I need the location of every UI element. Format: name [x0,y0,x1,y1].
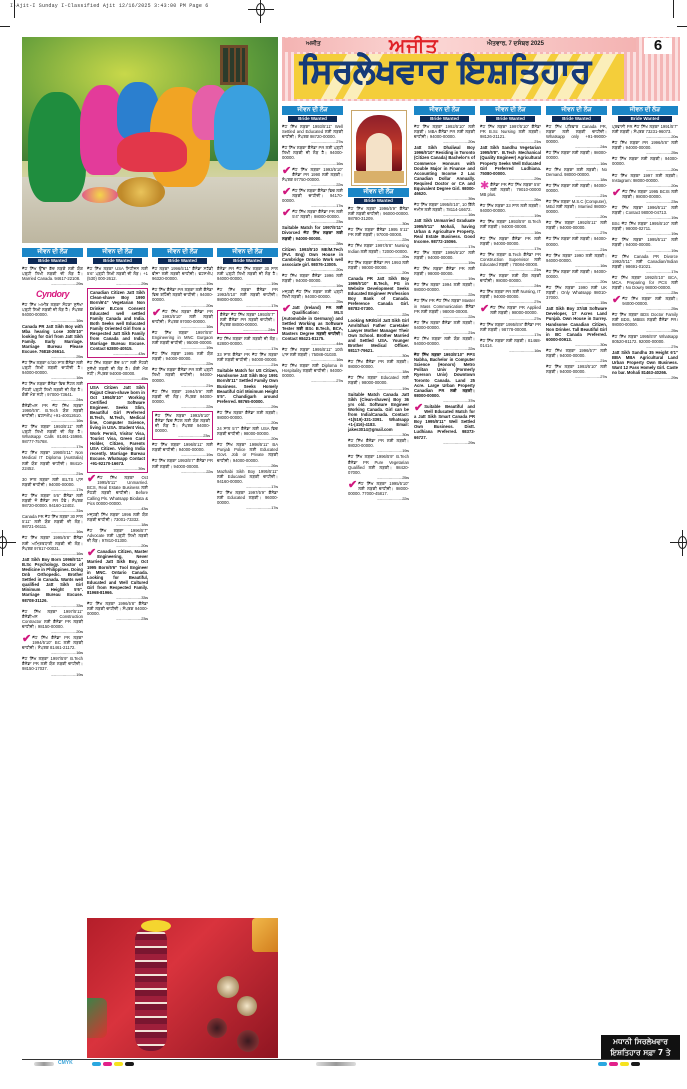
classified-ad: ਜੱਟ ਸਿੱਖ ਲੜਕਾ 1997/5'11" ਕੈਨੇਡੀਅਨ Constr… [22,609,83,634]
classified-ad: ਜੱਟ ਸਿੱਖ ਲੜਕਾ ਲਈ ਲੜਕੀ। No Demand. 98000-… [546,167,607,182]
bottom-rule [22,1059,680,1060]
classified-ad: ਜੱਟ ਸਿੱਖ ਕੈਨੇਡਾ PR ਲਈ ਲੜਕੀ। 98020-00000.… [348,438,409,453]
classified-ad: ਪ੍ਰਵਾਸੀ PR ਜੱਟ ਸਿੱਖ ਲੜਕਾ 1991/5'7" ਲਈ ਲੜ… [612,124,678,139]
classified-ad: ਜੱਟ ਸਿੱਖ ਲੜਕਾ 1997/5'10" ਕੈਨੇਡਾ PR B.Sc … [480,124,541,144]
cmyk-color-bar [598,1062,640,1066]
classified-ad: ਜੱਟ ਸਿੱਖ ਲੜਕਾ ਲਈ ਲੜਕੀ। 94000-00000......… [546,236,607,251]
classified-ad: Jatt Sikh Unmarried Graduate 1995/5'11" … [414,218,475,248]
classified-ad: Citizen 1993/5'10 ME/M.Tech (Pvt. Eng) O… [282,247,343,272]
classified-ad: ਜੱਟ ਸਿੱਖ ਲੜਕਾ 1997/5'8" Engineering in M… [152,330,213,350]
registration-mark-icon [248,0,274,23]
classified-ad: ਜੱਟ ਸਿੱਖ ਲੜਕਾ 1996/5'9" B.Tech ਕੈਨੇਡਾ PR… [348,454,409,479]
page-title: ਸਿਰਲੇਖਵਾਰ ਇਸ਼ਤਿਹਾਰ [300,51,591,91]
classified-ad: ਜੱਟ ਸਿੱਖ ਲੜਕਾ 1990/5'11" Non Medical IT … [22,450,83,475]
classified-ad: ਜੱਟ ਸਿੱਖ ਲੜਕਾ 1994/5'9" ਲਈ ਲੜਕੀ ਦੀ ਲੋੜ। … [152,389,213,409]
cyndory-logo: Cyndory [22,289,83,299]
classified-ad: Jatt Sikh Sandhu 35 Height 6'1" BBA MBA … [612,350,678,380]
classified-ad: ✔ਜੱਟ ਸਿੱਖ ਲੜਕਾ ਕੈਨੇਡਾ ਵਿਚ ਲਈ ਲੜਕੀ ਚਾਹੀਦੀ… [282,188,343,208]
classified-ad: ਜੱਟ ਸਿੱਖ ਲੜਕਾ 1992/5'11" ਲਈ ਲੜਕੀ। 94000-… [546,220,607,235]
classified-ad: ਜੱਟ ਸਿੱਖ ਲੜਕਾ 1995/5'10", 10 ਕਿੱਲੇ ਜ਼ਮੀਨ… [414,202,475,217]
classified-ad: Looking NRI/Girl Jatt Sikh Girl Amritdha… [348,318,409,359]
boxed-classified-ad: ਕੈਨੇਡਾ ਜੱਟ ਸਿੱਖ ਲੜਕਾ 1993/5'7" ਲਈ ਕੈਨੇਡਾ… [217,310,278,334]
classified-ad: ਜੱਟ ਸਿੱਖ ਲੜਕਾ 1996/5'11" ਲਈ ਲੜਕੀ। Contac… [612,205,678,220]
left-column-4: ਜੀਵਨ ਦੀ ਲੋੜ Bride Wanted ਕੈਨੇਡਾ PR ਜੱਟ ਸ… [217,248,278,511]
classified-ad: ਜੱਟ ਸਿੱਖ ਲੜਕਾ 1997/5'8" Nursing Indian ਲ… [348,243,409,258]
magenta-swatch [609,1062,618,1066]
small-brand: ਅਜੀਤ [306,41,321,48]
classified-ad: ਮਜ਼੍ਹਬੀ ਸਿੱਖ ਲੜਕਾ 1996 ਲਈ ਯੋਗ ਲੜਕੀ ਚਾਹੀਦ… [87,512,148,527]
classified-ad: ਜੱਟ ਸਿੱਖ ਲੜਕਾ 1995/5'11" 10th ਪਾਸ ਲਈ ਲੜਕ… [282,347,343,362]
checkmark-icon: ✔ [87,475,96,484]
section-heading: ਜੀਵਨ ਦੀ ਲੋੜ [87,248,148,257]
classified-ad: ਜੱਟ ਸਿੱਖ ਲੜਕਾ 1993/5'10" PPS Nabha, Bach… [414,352,475,403]
classified-ad: ✔ਜੱਟ ਸਿੱਖ ਲੜਕਾ 1993/5'10" ਕੈਨੇਡਾ PR 1990… [282,167,343,187]
doli-palanquin-illustration [351,110,407,186]
classified-ad: ਜੱਟ ਸਿੱਖ ਲੜਕਾ 1992/5'10" BCA, MCA. Prepa… [612,275,678,295]
classified-ad: ਜੱਟ ਸਿੱਖ ਲੜਕਾ 1995/5'9" Whatsapp 80520-8… [612,334,678,349]
classified-ad: Suitable Match for 1997/5'11" Divorced ਜ… [282,225,343,245]
registration-mark-icon [0,530,16,556]
classified-ad: ਜੱਟ ਸਿੱਖ ਲੜਕਾ 1995/5'8" ਕੈਨੇਡਾ ਲਈ ਅਮ੍ਰਿਤ… [22,535,83,555]
classified-ad: ਜੱਟ ਸਿੱਖ ਲੜਕਾ ਲਈ ਲੜਕੀ ਦੀ ਲੋੜ। 62800-0000… [217,336,278,351]
checkmark-icon: ✔ [282,167,291,176]
section-heading: ਜੀਵਨ ਦੀ ਲੋੜ [348,188,409,197]
section-heading: ਜੀਵਨ ਦੀ ਲੋੜ [282,106,343,115]
classified-ad: ਜੱਟ ਸਿੱਖ ਲੜਕਾ 1993/5'11" Well Settled an… [282,124,343,144]
classified-ad: ਜੱਟ ਸਿੱਖ ਲੜਕਾ 5'6" ਕੈਨੇਡਾ ਲਈ ਲੜਕੀ ਜੋ ਕੈਨ… [22,493,83,513]
classified-ad: ✔ਜੱਟ ਸਿੱਖ ਲੜਕਾ ਕੈਨੇਡਾ PR 1993/5'10" ਲਈ ਲ… [152,309,213,329]
classified-ad: ਜੱਟ ਸਿੱਖ ਲੜਕਾ 1990 ਲਈ UK ਲੜਕੀ। Only What… [546,285,607,305]
classified-ad: Canada PR Jatt Sikh Boy with Mba hearing… [22,324,83,360]
checkmark-icon: ✔ [612,296,621,305]
right-column-2: ਜੀਵਨ ਦੀ ਲੋੜ Bride Wanted ਜੱਟ ਸਿੱਖ ਲੜਕਾ 1… [348,106,409,502]
classified-ad: ਜੱਟ ਸਿੱਖ ਲੜਕਾ 1997/5'9" ਕੈਨੇਡਾ ਲਈ Educat… [217,490,278,510]
classified-ad: Jatt Sikh Sandhu Vegetarian 1995/5'8". B… [480,145,541,181]
classified-ad: ਜੱਟ ਸਿੱਖ ਲੜਕਾ 1996/5'9" ਕੈਨੇਡਾ ਲਈ ਲੜਕੀ ਚ… [348,206,409,226]
right-column-1: ਜੀਵਨ ਦੀ ਲੋੜ Bride Wanted ਜੱਟ ਸਿੱਖ ਲੜਕਾ 1… [282,106,343,384]
checkmark-icon: ✔ [480,305,489,314]
classified-ad: ਕੈਨੇਡਾ PR ਜੱਟ ਸਿੱਖ ਲੜਕਾ 30 ਸਾਲ ਲਈ ਪੜ੍ਹੀ … [217,266,278,286]
classified-ad: 30 ਸਾਲ ਲੜਕਾ ਲਈ IELTS ਪਾਸ ਲੜਕੀ ਚਾਹੀਦੀ। 94… [22,477,83,492]
classified-ad: ✔ਜੱਟ ਸਿੱਖ ਲੜਕਾ 1995/5'10" ਲਈ ਲੜਕੀ ਚਾਹੀਦੀ… [348,481,409,501]
classified-ad: ਜੱਟ ਸਿੱਖ Canada PR Divorce 1992/5'11" ਲਈ… [612,254,678,274]
grey-registration-bar [34,1062,54,1066]
classified-ad: ਜੱਟ ਸਿੱਖ ਲੜਕਾ 1995 ਲਈ ਯੋਗ ਲੜਕੀ। 94000-00… [152,351,213,366]
boxed-classified-ad: Canadian Citizen Jatt Sikh Clean-shave B… [87,288,148,358]
checkmark-icon: ✔ [282,305,291,314]
classified-ad: ਜੱਟ ਸਿੱਖ ਲੜਕਾ 1993/5'9" B.Tech ਲਈ ਲੜਕੀ। … [480,219,541,234]
section-heading: ਜੀਵਨ ਦੀ ਲੋੜ [22,248,83,257]
classified-ad: ਜੱਟ ਸਿੱਖ ਲੜਕਾ ਕੈਨੇਡਾ PR ਲਈ ਪੜ੍ਹੀ ਲਿਖੀ ਲੜ… [282,145,343,165]
classified-ad: ਜੱਟ ਸਿੱਖ ਲੜਕਾ ਲਈ ਲੜਕੀ। 98000-00000......… [546,150,607,165]
crop-mark [0,26,10,27]
classified-ad: Jatt Sikh Boy 37/48 Software Developer, … [546,306,607,347]
classified-ad: ਜੱਟ ਸਿੱਖ ਲੜਕਾ Educated ਲਈ ਲੜਕੀ। 98000-00… [348,375,409,390]
classified-ad: ਜੱਟ ਸਿੱਖ ਲੜਕਾ ਲਈ ਲੜਕੀ। 94000-00000......… [612,156,678,171]
classified-ad: ਜੱਟ ਸਿੱਖ ਲੜਕਾ ਕੈਨੇਡਾ PR 1993 ਲਈ ਲੜਕੀ। 98… [348,260,409,275]
classified-ad: ਜੱਟ ਸਿੱਖ ਲੜਕਾ 1997/5'9" B.Tech ਕੈਨੇਡਾ PR… [22,656,83,676]
classified-ad: ਜੱਟ ਸਿੱਖ ਲੜਕਾ 1992/5'10" ਲਈ ਲੜਕੀ। MBA ਕੈ… [414,124,475,144]
section-heading: ਜੀਵਨ ਦੀ ਲੋੜ [546,106,607,115]
classified-ad: ਜੱਟ ਸਿੱਖ ਕੈਨੇਡਾ PR ਲਈ ਲੜਕੀ। 98000-00000.… [348,359,409,374]
classified-ad: ਜੱਟ ਸਿੱਖ ਲੜਕਾ ਕੱਦ 5'7" ਲਈ ਸੋਹਣੀ ਸੁਨੱਖੀ ਲ… [87,360,148,380]
classified-ad: ✔ਜੱਟ ਸਿੱਖ ਕੈਨੇਡਾ PR ਲੜਕਾ 1994/5'10" BC ਲ… [22,635,83,655]
classified-ad: ਜੱਟ ਸਿੱਖ ਲੜਕਾ ਕੈਨੇਡਾ ਲਈ ਲੜਕੀ। 94000-0000… [414,320,475,335]
classified-ad: ਜੱਟ ਸਿੱਖ ਲੜਕਾ 1990 ਲਈ ਲੜਕੀ। 94000-00000.… [546,253,607,268]
cmyk-label: CMYK [58,1060,73,1066]
classified-ad: Canada PR ਜੱਟ ਸਿੱਖ ਲੜਕਾ 30 ਸਾਲ 5'11" ਲਈ … [22,514,83,534]
section-heading: ਜੀਵਨ ਦੀ ਲੋੜ [612,106,678,115]
section-subheading: Bride Wanted [420,116,469,122]
section-subheading: Bride Wanted [158,258,207,264]
classified-ad: ਜੱਟ ਸਿੱਖ ਲੜਕਾ ਕੈਨੇਡਾ PR 1993/5'10" ਲਈ ਲੜ… [217,287,278,307]
classified-ad: ਜੱਟ ਸਿੱਖ ਲੜਕਾ 1997 ਲਈ ਲੜਕੀ। Instagram: 9… [612,173,678,188]
classified-ad: ✔Suitable Beautiful and Well Educated Ma… [414,404,475,445]
classified-ad: ਜੱਟ ਸਿੱਖ ਲੜਕਾ 6'/30 ਸਾਲ ਕੈਨੇਡਾ ਲਈ ਪੜ੍ਹੀ … [22,360,83,380]
classified-ad: 33 ਸਾਲ ਕੈਨੇਡਾ PR ਜੱਟ ਸਿੱਖ ਲੜਕਾ ਲਈ ਲੜਕੀ ਚ… [217,352,278,367]
section-heading: ਜੀਵਨ ਦੀ ਲੋੜ [217,248,278,257]
masthead: ਅਜੀਤ ਅਜੀਤ ਐਤਵਾਰ, 7 ਦਸੰਬਰ 2025 6 ਸਿਰਲੇਖਵਾ… [282,37,680,101]
classified-ad: ਜੱਟ ਸਿੱਖ ਪਰਿਵਾਰ Canada PR, ਲੜਕਾ ਲਈ ਲੜਕੀ … [546,124,607,149]
classified-ad: ਕੈਨੇਡੀਅਨ PR ਜੱਟ ਸਿੱਖ ਲੜਕਾ 1990/5'8". B.T… [22,403,83,423]
right-column-6: ਜੀਵਨ ਦੀ ਲੋੜ Bride Wanted ਪ੍ਰਵਾਸੀ PR ਜੱਟ … [612,106,678,381]
classified-ad: ਜੱਟ ਸਿੱਖ ਲੜਕਾ 1996/5'10" ਲਈ ਲੜਕੀ। 94000-… [414,250,475,265]
section-subheading: Bride Wanted [618,116,672,122]
bridal-bangles-photo [87,918,278,1058]
classified-ad: ਮਜ਼੍ਹਬੀ ਜੱਟ ਸਿੱਖ ਲੜਕਾ ਲਈ ਪੜ੍ਹੀ ਲਿਖੀ ਲੜਕੀ… [282,289,343,304]
section-subheading: Bride Wanted [552,116,601,122]
more-classifieds-notice: ਮਧਾਨੀ ਸਿਰਲੇਖਵਾਰ ਇਸ਼ਤਿਹਾਰ ਸਫ਼ਾ 7 ਤੇ [601,1035,680,1059]
section-heading: ਜੀਵਨ ਦੀ ਲੋੜ [152,248,213,257]
checkmark-icon: ✔ [414,404,423,413]
cyan-swatch [598,1062,607,1066]
classified-ad: ਜੱਟ ਸਿੱਖ ਲੜਕਾ ਕੈਨੇਡਾ PR ਲਈ ਲੜਕੀ। 94000-0… [480,236,541,251]
right-column-5: ਜੀਵਨ ਦੀ ਲੋੜ Bride Wanted ਜੱਟ ਸਿੱਖ ਪਰਿਵਾਰ… [546,106,607,380]
classified-ad: Jatt Sikh Dhaliwal Boy 1996/5'10" Residi… [414,145,475,201]
section-heading: ਜੀਵਨ ਦੀ ਲੋੜ [414,106,475,115]
left-column-2: ਜੀਵਨ ਦੀ ਲੋੜ Bride Wanted ਜੱਟ ਸਿੱਖ ਲੜਕਾ U… [87,248,148,622]
classified-ad: ਜੱਟ ਸਿੱਖ ਲੜਕਾ 1998/5'11" BA Punjab Polic… [217,442,278,467]
notice-line-2: ਇਸ਼ਤਿਹਾਰ ਸਫ਼ਾ 7 ਤੇ [602,1047,679,1058]
star-icon: ✱ [480,182,489,191]
boxed-classified-ad: USA Citizen Jatt Sikh Rajput Clean-shave… [87,383,148,474]
checkmark-icon: ✔ [282,209,291,218]
classified-ad: ਜੱਟ ਸਿੱਖ ਉੱਚਾ ਕੱਦ ਲੜਕੇ ਲਈ ਯੋਗ ਪੜ੍ਹੀ ਲਿਖੀ… [22,266,83,286]
classified-ad: ✔Jatt (Ireland) PR ਲਈ Qualification: MLS… [282,305,343,346]
classified-ad: ਜੱਟ ਸਿੱਖ ਲੜਕਾ ਲਈ ਯੋਗ ਲੜਕੀ ਚਾਹੀਦੀ। 98000-… [480,273,541,288]
classified-ad: ਜੱਟ ਸਿੱਖ ਲੜਕਾ 1996/5'7" ਲਈ ਲੜਕੀ। 94000-0… [546,348,607,363]
classified-ad: ਜੱਟ ਸਿੱਖ ਲੜਕਾ 1995/5'11" ਲਈ ਲੜਕੀ। 94000-… [612,237,678,252]
classified-ad: ਜੱਟ ਸਿੱਖ ਲੜਕਾ ਕੈਨੇਡਾ 1996 ਲਈ ਲੜਕੀ। 94000… [282,273,343,288]
classified-ad: ਜੱਟ ਸਿੱਖ ਲੜਕਾ 1994 ਲਈ ਲੜਕੀ। 98000-00000.… [414,282,475,297]
classified-ad: ਜੱਟ ਸਿੱਖ ਲੜਕਾ ਕੈਨੇਡਾ ਲਈ ਲੜਕੀ। 98000-0000… [217,410,278,425]
classified-ad: ✔ਜੱਟ ਸਿੱਖ ਲੜਕਾ ਕੈਨੇਡਾ PR ਲਈ 5'4" ਲੜਕੀ। 9… [282,209,343,224]
registration-mark-icon [670,530,687,556]
yellow-swatch [620,1062,629,1066]
yellow-swatch [114,1062,123,1066]
classified-ad: Suitable Match for US Citizen, Handsome … [217,368,278,409]
section-subheading: Bride Wanted [93,258,142,264]
classified-ad: ਜੱਟ ਸਿੱਖ ਲੜਕਾ PR ਲਈ Nursing, IT ਲੜਕੀ। 94… [480,289,541,304]
classified-ad: ਜੱਟ ਸਿੱਖ ਲੜਕਾ ਲਈ ਯੋਗ ਲੜਕੀ। 94000-00000..… [414,336,475,351]
classified-ad: ਜੱਟ ਸਿੱਖ ਲੜਕਾ 1996/5'7" Advocate ਲਈ ਪੜ੍ਹ… [87,528,148,548]
notice-line-1: ਮਧਾਨੀ ਸਿਰਲੇਖਵਾਰ [602,1036,679,1047]
cmyk-color-bar [92,1062,134,1066]
classified-ad: ਜੱਟ ਸਿੱਖ ਲੜਕਾ ਕੈਨੇਡਾ PR ਲਈ ਪੜ੍ਹੀ ਲਿਖੀ ਲੜ… [152,367,213,387]
crop-mark [14,0,15,18]
black-swatch [125,1062,134,1066]
checkmark-icon: ✔ [348,481,357,490]
crop-mark [677,26,687,27]
crop-mark [673,0,674,18]
print-slug: I-Ajit-I Sunday I-Classified Ajit 12/16/… [10,3,208,9]
magenta-swatch [103,1062,112,1066]
section-subheading: Bride Wanted [223,258,272,264]
classified-ad: ਜੱਟ ਸਿੱਖ ਲੜਕਾ M.S.C (Computer), MEd ਲਈ ਲ… [546,199,607,219]
classified-ad: BSc ਜੱਟ ਸਿੱਖ ਲੜਕਾ 1995/5'10" ਲਈ ਲੜਕੀ। 98… [612,221,678,236]
classified-ad: ਜੱਟ ਸਿੱਖ ਲੜਕਾ ਲਈ Diploma in Hospitality … [282,363,343,383]
classified-ad: Mazhabi Sikh Boy 1995/5'11" ਲਈ Educated … [217,469,278,489]
classified-ad: ਜੱਟ ਸਿੱਖ ਅਮੀਰ ਲੜਕਾ ਸੋਹਣਾ ਸੁਨੱਖਾ ਪੜ੍ਹੀ ਲਿ… [22,302,83,322]
classified-ad: ✱ਕੈਨੇਡਾ PR ਜੱਟ ਸਿੱਖ ਲੜਕਾ 5'8" ਲਈ ਲੜਕੀ। 7… [480,182,541,202]
grey-registration-bar [316,1062,356,1066]
classified-ad: ਜੱਟ ਸਿੱਖ ਲੜਕਾ ਕੈਨੇਡਾ PR ਲਈ ਲੜਕੀ। 98000-0… [414,266,475,281]
page-number: 6 [644,38,672,54]
classified-ad: ਜੱਟ ਸਿੱਖ ਲੜਕਾ ਲਈ ਲੜਕੀ। 81468-01414......… [480,338,541,353]
classified-ad: ਜੱਟ ਸਿੱਖ ਲੜਕਾ ਲਈ ਲੜਕੀ। 94000-00000......… [546,269,607,284]
classified-ad: ਜੱਟ ਸਿੱਖ ਲੜਕਾ 1995/5'8" ਕੈਨੇਡਾ PR ਲਈ ਲੜਕ… [480,322,541,337]
section-subheading: Bride Wanted [288,116,337,122]
right-column-4: ਜੀਵਨ ਦੀ ਲੋੜ Bride Wanted ਜੱਟ ਸਿੱਖ ਲੜਕਾ 1… [480,106,541,354]
classified-ad: ਜੱਟ ਸਿੱਖ ਲੜਕਾ PR 1996/5'8" ਲਈ ਲੜਕੀ। 9400… [612,140,678,155]
classified-ad: ਜੱਟ ਸਿੱਖ ਲੜਕਾ USA ਸਿਟੀਜ਼ਨ ਲਈ 5'6" ਪੜ੍ਹੀ … [87,266,148,286]
classified-ad: ✔ਜੱਟ ਸਿੱਖ ਲੜਕਾ Oct 1995/5'11" Unmarried.… [87,475,148,511]
classified-ad: Canada PR Jatt Sikh Boy 1999/5'10" B.Tec… [348,276,409,317]
classified-ad: ✔ਜੱਟ ਸਿੱਖ ਲੜਕਾ PR Applied ਲਈ ਲੜਕੀ। 98000… [480,305,541,320]
section-subheading: Bride Wanted [28,258,77,264]
classified-ad: ਜੱਟ ਲੜਕਾ 1996/5'11" ਕੈਨੇਡਾ ਸਟੱਡੀ ਵੀਜ਼ਾ ਲ… [152,266,213,286]
classified-ad: ਜੱਟ ਸਿੱਖ ਲੜਕਾ B.Tech ਕੈਨੇਡਾ PR Construct… [480,252,541,272]
classified-ad: ਜੱਟ ਸਿੱਖ ਲੜਕਾ 1993/5'7" ਕੈਨੇਡਾ PR ਲਈ ਲੜਕ… [152,458,213,473]
classified-ad: ✔ਜੱਟ ਸਿੱਖ ਲੜਕਾ ਲਈ ਲੜਕੀ। 94000-00000.....… [612,296,678,311]
classified-ad: ਜੱਟ ਸਿੱਖ ਲੜਕਾ BDS Doctor Family ਲਈ BDS, … [612,312,678,332]
checkmark-icon: ✔ [612,189,621,198]
classified-ad: Jatt Sikh Boy Born 1996/5'11" B.Sc Psych… [22,557,83,608]
classified-ad: ਜੱਟ ਸਿੱਖ ਲੜਕਾ ਕੈਨੇਡਾ ਵਿਚ ਸੈਟਲ ਲਈ ਸੋਹਣੀ ਪ… [22,381,83,401]
section-subheading: Bride Wanted [486,116,535,122]
classified-ad: ਜੱਟ ਸਿੱਖ ਕੈਨੇਡਾ PR ਲੜਕਾ ਲਈ ਕੈਨੇਡਾ ਵਿਚ ਰਹ… [152,287,213,307]
checkmark-icon: ✔ [282,188,291,197]
classified-ad: ਜੱਟ ਸਿੱਖ PR ਜੱਟ ਸਿੱਖ ਲੜਕਾ Master in Mass… [414,298,475,318]
classified-ad: ਜੱਟ ਸਿੱਖ ਲੜਕਾ ਲਈ ਲੜਕੀ। 94000-00000......… [546,183,607,198]
classified-ad: ਜੱਟ ਸਿੱਖ ਲੜਕਾ ਕੈਨੇਡਾ 1995 5'11" PR ਲਈ ਲੜ… [348,227,409,242]
classified-ad: Suitable Match Canada Jatt Sikh (Clean-s… [348,392,409,438]
boxed-classified-ad: ਜੱਟ ਸਿੱਖ ਲੜਕਾ 1993/5'10" ਕੈਨੇਡਾ ਵਿਚ ਸੈਟਲ… [152,411,213,440]
classified-ad: ਜੱਟ ਸਿੱਖ ਲੜਕਾ 1996/5'11" ਲਈ ਲੜਕੀ ਚਾਹੀਦੀ।… [152,442,213,457]
classified-ad: 24 ਸਾਲ 5'7" ਕੈਨੇਡਾ ਲਈ USA ਵਿਚ ਲੜਕੀ ਚਾਹੀਦ… [217,426,278,441]
checkmark-icon: ✔ [87,549,96,558]
checkmark-icon: ✔ [22,635,31,644]
left-column-1: ਜੀਵਨ ਦੀ ਲੋੜ Bride Wanted ਜੱਟ ਸਿੱਖ ਉੱਚਾ ਕ… [22,248,83,678]
classified-ad: ਜੱਟ ਸਿੱਖ ਲੜਕਾ 1993/5'10" ਲਈ ਲੜਕੀ। 94000-… [546,364,607,379]
bridal-gathering-painting [22,37,278,243]
right-column-3: ਜੀਵਨ ਦੀ ਲੋੜ Bride Wanted ਜੱਟ ਸਿੱਖ ਲੜਕਾ 1… [414,106,475,446]
classified-ad: ਜੱਟ ਸਿੱਖ ਲੜਕਾ 1996/5'8" ਕੈਨੇਡਾ ਲਈ ਲੜਕੀ ਚ… [87,601,148,621]
cyan-swatch [92,1062,101,1066]
issue-date: ਐਤਵਾਰ, 7 ਦਸੰਬਰ 2025 [487,41,544,48]
left-column-3: ਜੀਵਨ ਦੀ ਲੋੜ Bride Wanted ਜੱਟ ਲੜਕਾ 1996/5… [152,248,213,475]
classified-ad: ਜੱਟ ਸਿੱਖ ਲੜਕਾ 1993/5'11" ਲਈ ਪੜ੍ਹੀ ਲਿਖੀ ਲ… [22,424,83,449]
section-subheading: Bride Wanted [354,198,403,204]
classified-ad: ✔ਜੱਟ ਸਿੱਖ ਲੜਕਾ 1995 BCIS ਲਈ ਲੜਕੀ। 98000-… [612,189,678,204]
section-heading: ਜੀਵਨ ਦੀ ਲੋੜ [480,106,541,115]
classified-ad: ਜੱਟ ਸਿੱਖ ਲੜਕਾ 33 ਸਾਲ ਲਈ ਲੜਕੀ। 94000-0000… [480,203,541,218]
checkmark-icon: ✔ [152,309,161,318]
black-swatch [631,1062,640,1066]
classified-ad: ✔Canadian Citizen, Master Engineering, N… [87,549,148,600]
